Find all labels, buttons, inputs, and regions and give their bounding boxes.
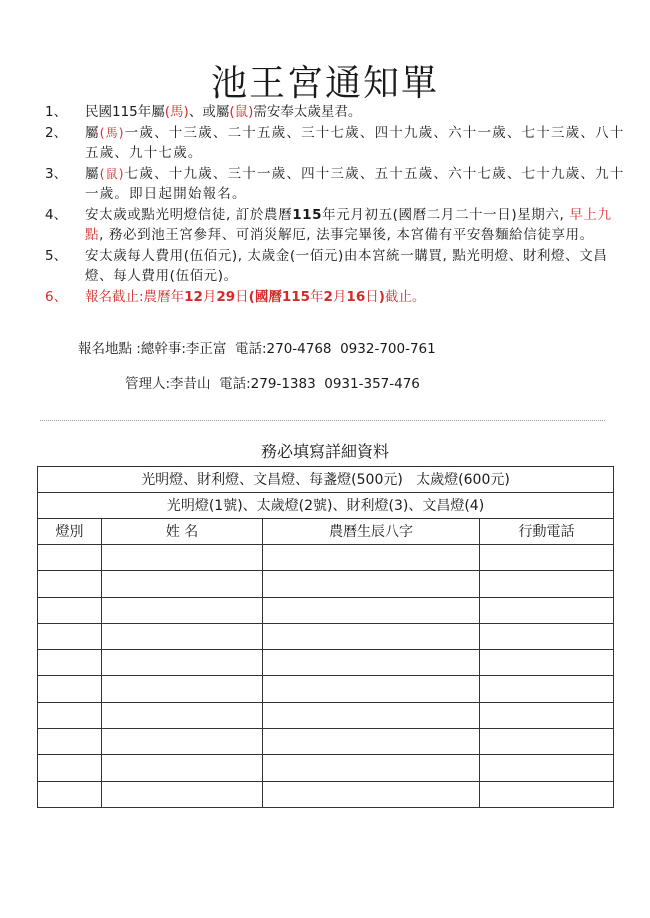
birth-chart-cell[interactable] xyxy=(263,702,480,728)
text-segment: 29 xyxy=(216,289,235,305)
column-header-lamp-type: 燈別 xyxy=(38,519,102,545)
lamp-type-cell[interactable] xyxy=(38,545,102,571)
table-row xyxy=(38,702,614,728)
text-segment: 16 xyxy=(346,289,365,305)
lamp-type-cell[interactable] xyxy=(38,650,102,676)
text-segment: 月 xyxy=(333,289,347,305)
table-row xyxy=(38,545,614,571)
text-segment: 截止。 xyxy=(385,289,426,305)
name-cell[interactable] xyxy=(102,623,263,649)
lamp-type-cell[interactable] xyxy=(38,755,102,781)
text-segment: 民國115年屬 xyxy=(85,104,165,120)
notice-item-4: 4、 安太歲或點光明燈信徒, 訂於農曆115年元月初五(國曆二月二十一日)星期六… xyxy=(45,205,625,246)
notice-items: 1、 民國115年屬(馬)、或屬(鼠)需安奉太歲星君。 2、 屬(馬)一歲、十三… xyxy=(45,102,625,307)
mobile-phone-cell[interactable] xyxy=(480,729,614,755)
birth-chart-cell[interactable] xyxy=(263,650,480,676)
birth-chart-cell[interactable] xyxy=(263,755,480,781)
form-title: 務必填寫詳細資料 xyxy=(0,441,650,463)
table-row xyxy=(38,676,614,702)
lamp-type-cell[interactable] xyxy=(38,781,102,807)
table-row xyxy=(38,571,614,597)
birth-chart-cell[interactable] xyxy=(263,729,480,755)
lamp-type-cell[interactable] xyxy=(38,597,102,623)
mobile-phone-cell[interactable] xyxy=(480,676,614,702)
table-row xyxy=(38,781,614,807)
lamp-type-cell[interactable] xyxy=(38,623,102,649)
code-row: 光明燈(1號)、太歲燈(2號)、財利燈(3)、文昌燈(4) xyxy=(38,493,614,519)
birth-chart-cell[interactable] xyxy=(263,597,480,623)
item-text: 安太歲每人費用(伍佰元), 太歲金(一佰元)由本宮統一購買, 點光明燈、財利燈、… xyxy=(85,246,625,287)
text-segment: 需安奉太歲星君。 xyxy=(253,104,361,120)
item-text: 民國115年屬(馬)、或屬(鼠)需安奉太歲星君。 xyxy=(85,102,625,123)
page-title: 池王宮通知單 xyxy=(0,62,650,106)
table-row xyxy=(38,623,614,649)
text-segment: 一歲、十三歲、二十五歲、三十七歲、四十九歲、六十一歲、七十三歲、八十五歲、九十七… xyxy=(85,125,624,162)
zodiac-horse: (馬) xyxy=(100,126,125,140)
birth-chart-cell[interactable] xyxy=(263,676,480,702)
text-segment: 日 xyxy=(365,289,379,305)
mobile-phone-cell[interactable] xyxy=(480,571,614,597)
lamp-prices: 光明燈、財利燈、文昌燈、每盞燈(500元) 太歲燈(600元) xyxy=(38,467,614,493)
text-segment: 安太歲每人費用(伍佰元), 太歲金(一佰元)由本宮統一購買, 點光明燈、財利燈、… xyxy=(85,248,607,285)
name-cell[interactable] xyxy=(102,650,263,676)
notice-item-1: 1、 民國115年屬(馬)、或屬(鼠)需安奉太歲星君。 xyxy=(45,102,625,123)
cut-line-divider xyxy=(40,420,605,421)
header-row: 燈別 姓 名 農曆生辰八字 行動電話 xyxy=(38,519,614,545)
column-header-mobile-phone: 行動電話 xyxy=(480,519,614,545)
mobile-phone-cell[interactable] xyxy=(480,702,614,728)
name-cell[interactable] xyxy=(102,597,263,623)
mobile-phone-cell[interactable] xyxy=(480,545,614,571)
mobile-phone-cell[interactable] xyxy=(480,623,614,649)
text-segment: 屬 xyxy=(85,166,100,182)
table-row xyxy=(38,755,614,781)
text-segment: 日 xyxy=(235,289,249,305)
name-cell[interactable] xyxy=(102,755,263,781)
text-segment: 、或屬 xyxy=(189,104,230,120)
text-segment: 115 xyxy=(282,289,310,305)
text-segment: , 務必到池王宮參拜、可消災解厄, 法事完畢後, 本宮備有平安魯麵給信徒享用。 xyxy=(99,227,594,243)
notice-item-5: 5、 安太歲每人費用(伍佰元), 太歲金(一佰元)由本宮統一購買, 點光明燈、財… xyxy=(45,246,625,287)
table-row xyxy=(38,597,614,623)
lamp-type-cell[interactable] xyxy=(38,571,102,597)
birth-chart-cell[interactable] xyxy=(263,781,480,807)
text-segment: 安太歲或點光明燈信徒, 訂於農曆 xyxy=(85,207,292,223)
registration-deadline: 報名截止:農曆年12月29日(國曆115年2月16日)截止。 xyxy=(85,287,625,308)
text-segment: 12 xyxy=(184,289,203,305)
zodiac-horse: (馬) xyxy=(165,104,189,120)
column-header-birth-chart: 農曆生辰八字 xyxy=(263,519,480,545)
item-number: 4、 xyxy=(45,205,85,226)
price-row: 光明燈、財利燈、文昌燈、每盞燈(500元) 太歲燈(600元) xyxy=(38,467,614,493)
birth-chart-cell[interactable] xyxy=(263,623,480,649)
lamp-codes: 光明燈(1號)、太歲燈(2號)、財利燈(3)、文昌燈(4) xyxy=(38,493,614,519)
notice-item-6: 6、 報名截止:農曆年12月29日(國曆115年2月16日)截止。 xyxy=(45,287,625,308)
name-cell[interactable] xyxy=(102,702,263,728)
text-segment: 年元月初五(國曆二月二十一日)星期六, xyxy=(322,207,569,223)
name-cell[interactable] xyxy=(102,676,263,702)
mobile-phone-cell[interactable] xyxy=(480,781,614,807)
manager-contact: 管理人:李昔山 電話:279-1383 0931-357-476 xyxy=(125,374,420,394)
name-cell[interactable] xyxy=(102,571,263,597)
year-number: 115 xyxy=(292,207,322,223)
zodiac-rat: (鼠) xyxy=(100,167,125,181)
lamp-type-cell[interactable] xyxy=(38,676,102,702)
item-number: 2、 xyxy=(45,123,85,144)
item-number: 5、 xyxy=(45,246,85,267)
column-header-name: 姓 名 xyxy=(102,519,263,545)
item-text: 屬(馬)一歲、十三歲、二十五歲、三十七歲、四十九歲、六十一歲、七十三歲、八十五歲… xyxy=(85,123,625,164)
text-segment: 年 xyxy=(310,289,324,305)
lamp-type-cell[interactable] xyxy=(38,702,102,728)
text-segment: 2 xyxy=(324,289,333,305)
name-cell[interactable] xyxy=(102,545,263,571)
table-row xyxy=(38,650,614,676)
item-text: 屬(鼠)七歲、十九歲、三十一歲、四十三歲、五十五歲、六十七歲、七十九歲、九十一歲… xyxy=(85,164,625,205)
text-segment: 月 xyxy=(203,289,217,305)
mobile-phone-cell[interactable] xyxy=(480,755,614,781)
name-cell[interactable] xyxy=(102,729,263,755)
item-number: 3、 xyxy=(45,164,85,185)
name-cell[interactable] xyxy=(102,781,263,807)
text-segment: (國曆 xyxy=(249,289,282,305)
mobile-phone-cell[interactable] xyxy=(480,597,614,623)
registration-contact: 報名地點 :總幹事:李正富 電話:270-4768 0932-700-761 xyxy=(78,339,436,359)
item-text: 安太歲或點光明燈信徒, 訂於農曆115年元月初五(國曆二月二十一日)星期六, 早… xyxy=(85,205,625,246)
mobile-phone-cell[interactable] xyxy=(480,650,614,676)
text-segment: 屬 xyxy=(85,125,100,141)
lamp-type-cell[interactable] xyxy=(38,729,102,755)
text-segment: 報名截止:農曆年 xyxy=(85,289,184,305)
text-segment: 七歲、十九歲、三十一歲、四十三歲、五十五歲、六十七歲、七十九歲、九十一歲。即日起… xyxy=(85,166,624,203)
registration-form-table: 光明燈、財利燈、文昌燈、每盞燈(500元) 太歲燈(600元) 光明燈(1號)、… xyxy=(37,466,614,808)
item-number: 6、 xyxy=(45,287,85,308)
item-number: 1、 xyxy=(45,102,85,123)
birth-chart-cell[interactable] xyxy=(263,571,480,597)
notice-item-2: 2、 屬(馬)一歲、十三歲、二十五歲、三十七歲、四十九歲、六十一歲、七十三歲、八… xyxy=(45,123,625,164)
table-row xyxy=(38,729,614,755)
birth-chart-cell[interactable] xyxy=(263,545,480,571)
zodiac-rat: (鼠) xyxy=(229,104,253,120)
notice-item-3: 3、 屬(鼠)七歲、十九歲、三十一歲、四十三歲、五十五歲、六十七歲、七十九歲、九… xyxy=(45,164,625,205)
